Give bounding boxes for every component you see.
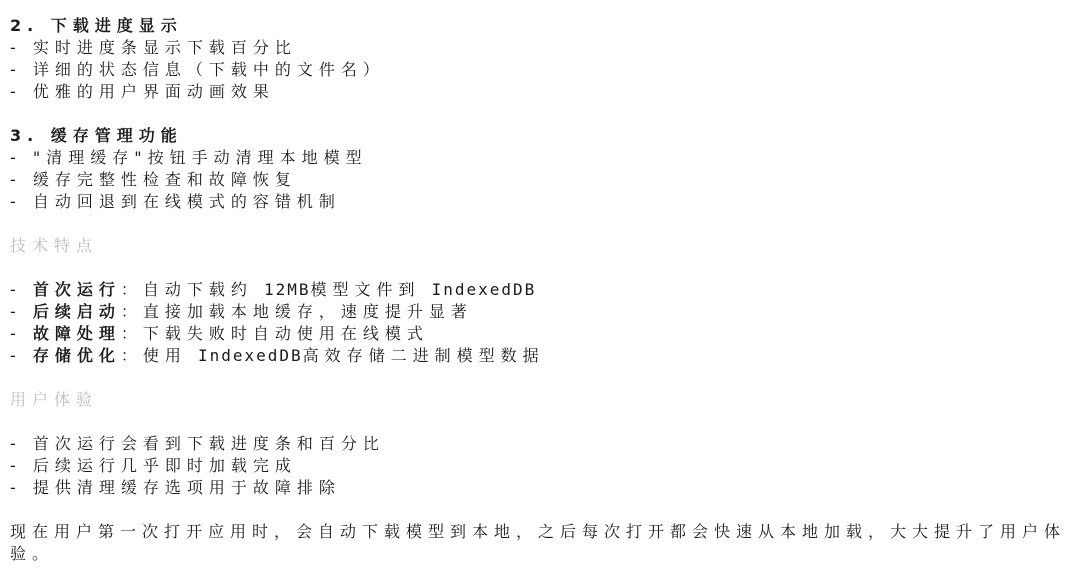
- text-segment: 3. 缓存管理功能: [10, 126, 183, 145]
- text-segment: - 后续运行几乎即时加载完成: [10, 456, 297, 475]
- bullet-line: - 缓存完整性检查和故障恢复: [10, 169, 1068, 191]
- bullet-line: - 优雅的用户界面动画效果: [10, 81, 1068, 103]
- text-segment: 技术特点: [10, 236, 98, 255]
- text-segment: 2. 下载进度显示: [10, 16, 183, 35]
- text-segment: 高效存储二进制模型数据: [303, 346, 545, 365]
- section-label: 用户体验: [10, 389, 1068, 411]
- text-segment: 模型文件到: [311, 280, 432, 299]
- section-label: 技术特点: [10, 235, 1068, 257]
- section-heading: 3. 缓存管理功能: [10, 125, 1068, 147]
- blank-line: [10, 103, 1068, 125]
- text-segment: ：使用: [121, 346, 198, 365]
- bullet-line: - "清理缓存"按钮手动清理本地模型: [10, 147, 1068, 169]
- text-segment: - "清理缓存"按钮手动清理本地模型: [10, 148, 368, 167]
- text-segment: -: [10, 280, 33, 299]
- text-segment: -: [10, 346, 33, 365]
- bullet-line: - 存储优化：使用 IndexedDB高效存储二进制模型数据: [10, 345, 1068, 367]
- bullet-line: - 提供清理缓存选项用于故障排除: [10, 477, 1068, 499]
- text-segment: 首次运行: [33, 280, 121, 299]
- text-segment: - 自动回退到在线模式的容错机制: [10, 192, 341, 211]
- text-segment: 后续启动: [33, 302, 121, 321]
- section-heading: 2. 下载进度显示: [10, 15, 1068, 37]
- text-segment: 12MB: [264, 280, 311, 299]
- text-segment: ：下载失败时自动使用在线模式: [121, 324, 429, 343]
- bullet-line: - 详细的状态信息（下载中的文件名）: [10, 59, 1068, 81]
- bullet-line: - 实时进度条显示下载百分比: [10, 37, 1068, 59]
- text-segment: - 首次运行会看到下载进度条和百分比: [10, 434, 385, 453]
- blank-line: [10, 499, 1068, 521]
- text-segment: IndexedDB: [198, 346, 303, 365]
- bullet-line: - 后续启动：直接加载本地缓存，速度提升显著: [10, 301, 1068, 323]
- bullet-line: - 故障处理：下载失败时自动使用在线模式: [10, 323, 1068, 345]
- paragraph: 现在用户第一次打开应用时，会自动下载模型到本地，之后每次打开都会快速从本地加载，…: [10, 521, 1068, 565]
- blank-line: [10, 367, 1068, 389]
- text-segment: ：直接加载本地缓存，速度提升显著: [121, 302, 473, 321]
- text-segment: - 提供清理缓存选项用于故障排除: [10, 478, 341, 497]
- document: 2. 下载进度显示- 实时进度条显示下载百分比- 详细的状态信息（下载中的文件名…: [0, 0, 1080, 565]
- blank-line: [10, 257, 1068, 279]
- bullet-line: - 首次运行会看到下载进度条和百分比: [10, 433, 1068, 455]
- text-segment: 现在用户第一次打开应用时，会自动下载模型到本地，之后每次打开都会快速从本地加载，…: [10, 522, 1066, 563]
- text-segment: IndexedDB: [432, 280, 537, 299]
- text-segment: - 详细的状态信息（下载中的文件名）: [10, 60, 385, 79]
- bullet-line: - 后续运行几乎即时加载完成: [10, 455, 1068, 477]
- text-segment: -: [10, 302, 33, 321]
- text-segment: - 实时进度条显示下载百分比: [10, 38, 297, 57]
- text-segment: ：自动下载约: [121, 280, 264, 299]
- bullet-line: - 首次运行：自动下载约 12MB模型文件到 IndexedDB: [10, 279, 1068, 301]
- text-segment: 故障处理: [33, 324, 121, 343]
- text-segment: - 优雅的用户界面动画效果: [10, 82, 275, 101]
- document-body: 2. 下载进度显示- 实时进度条显示下载百分比- 详细的状态信息（下载中的文件名…: [10, 15, 1068, 565]
- bullet-line: - 自动回退到在线模式的容错机制: [10, 191, 1068, 213]
- blank-line: [10, 411, 1068, 433]
- text-segment: - 缓存完整性检查和故障恢复: [10, 170, 297, 189]
- text-segment: 存储优化: [33, 346, 121, 365]
- text-segment: -: [10, 324, 33, 343]
- text-segment: 用户体验: [10, 390, 98, 409]
- blank-line: [10, 213, 1068, 235]
